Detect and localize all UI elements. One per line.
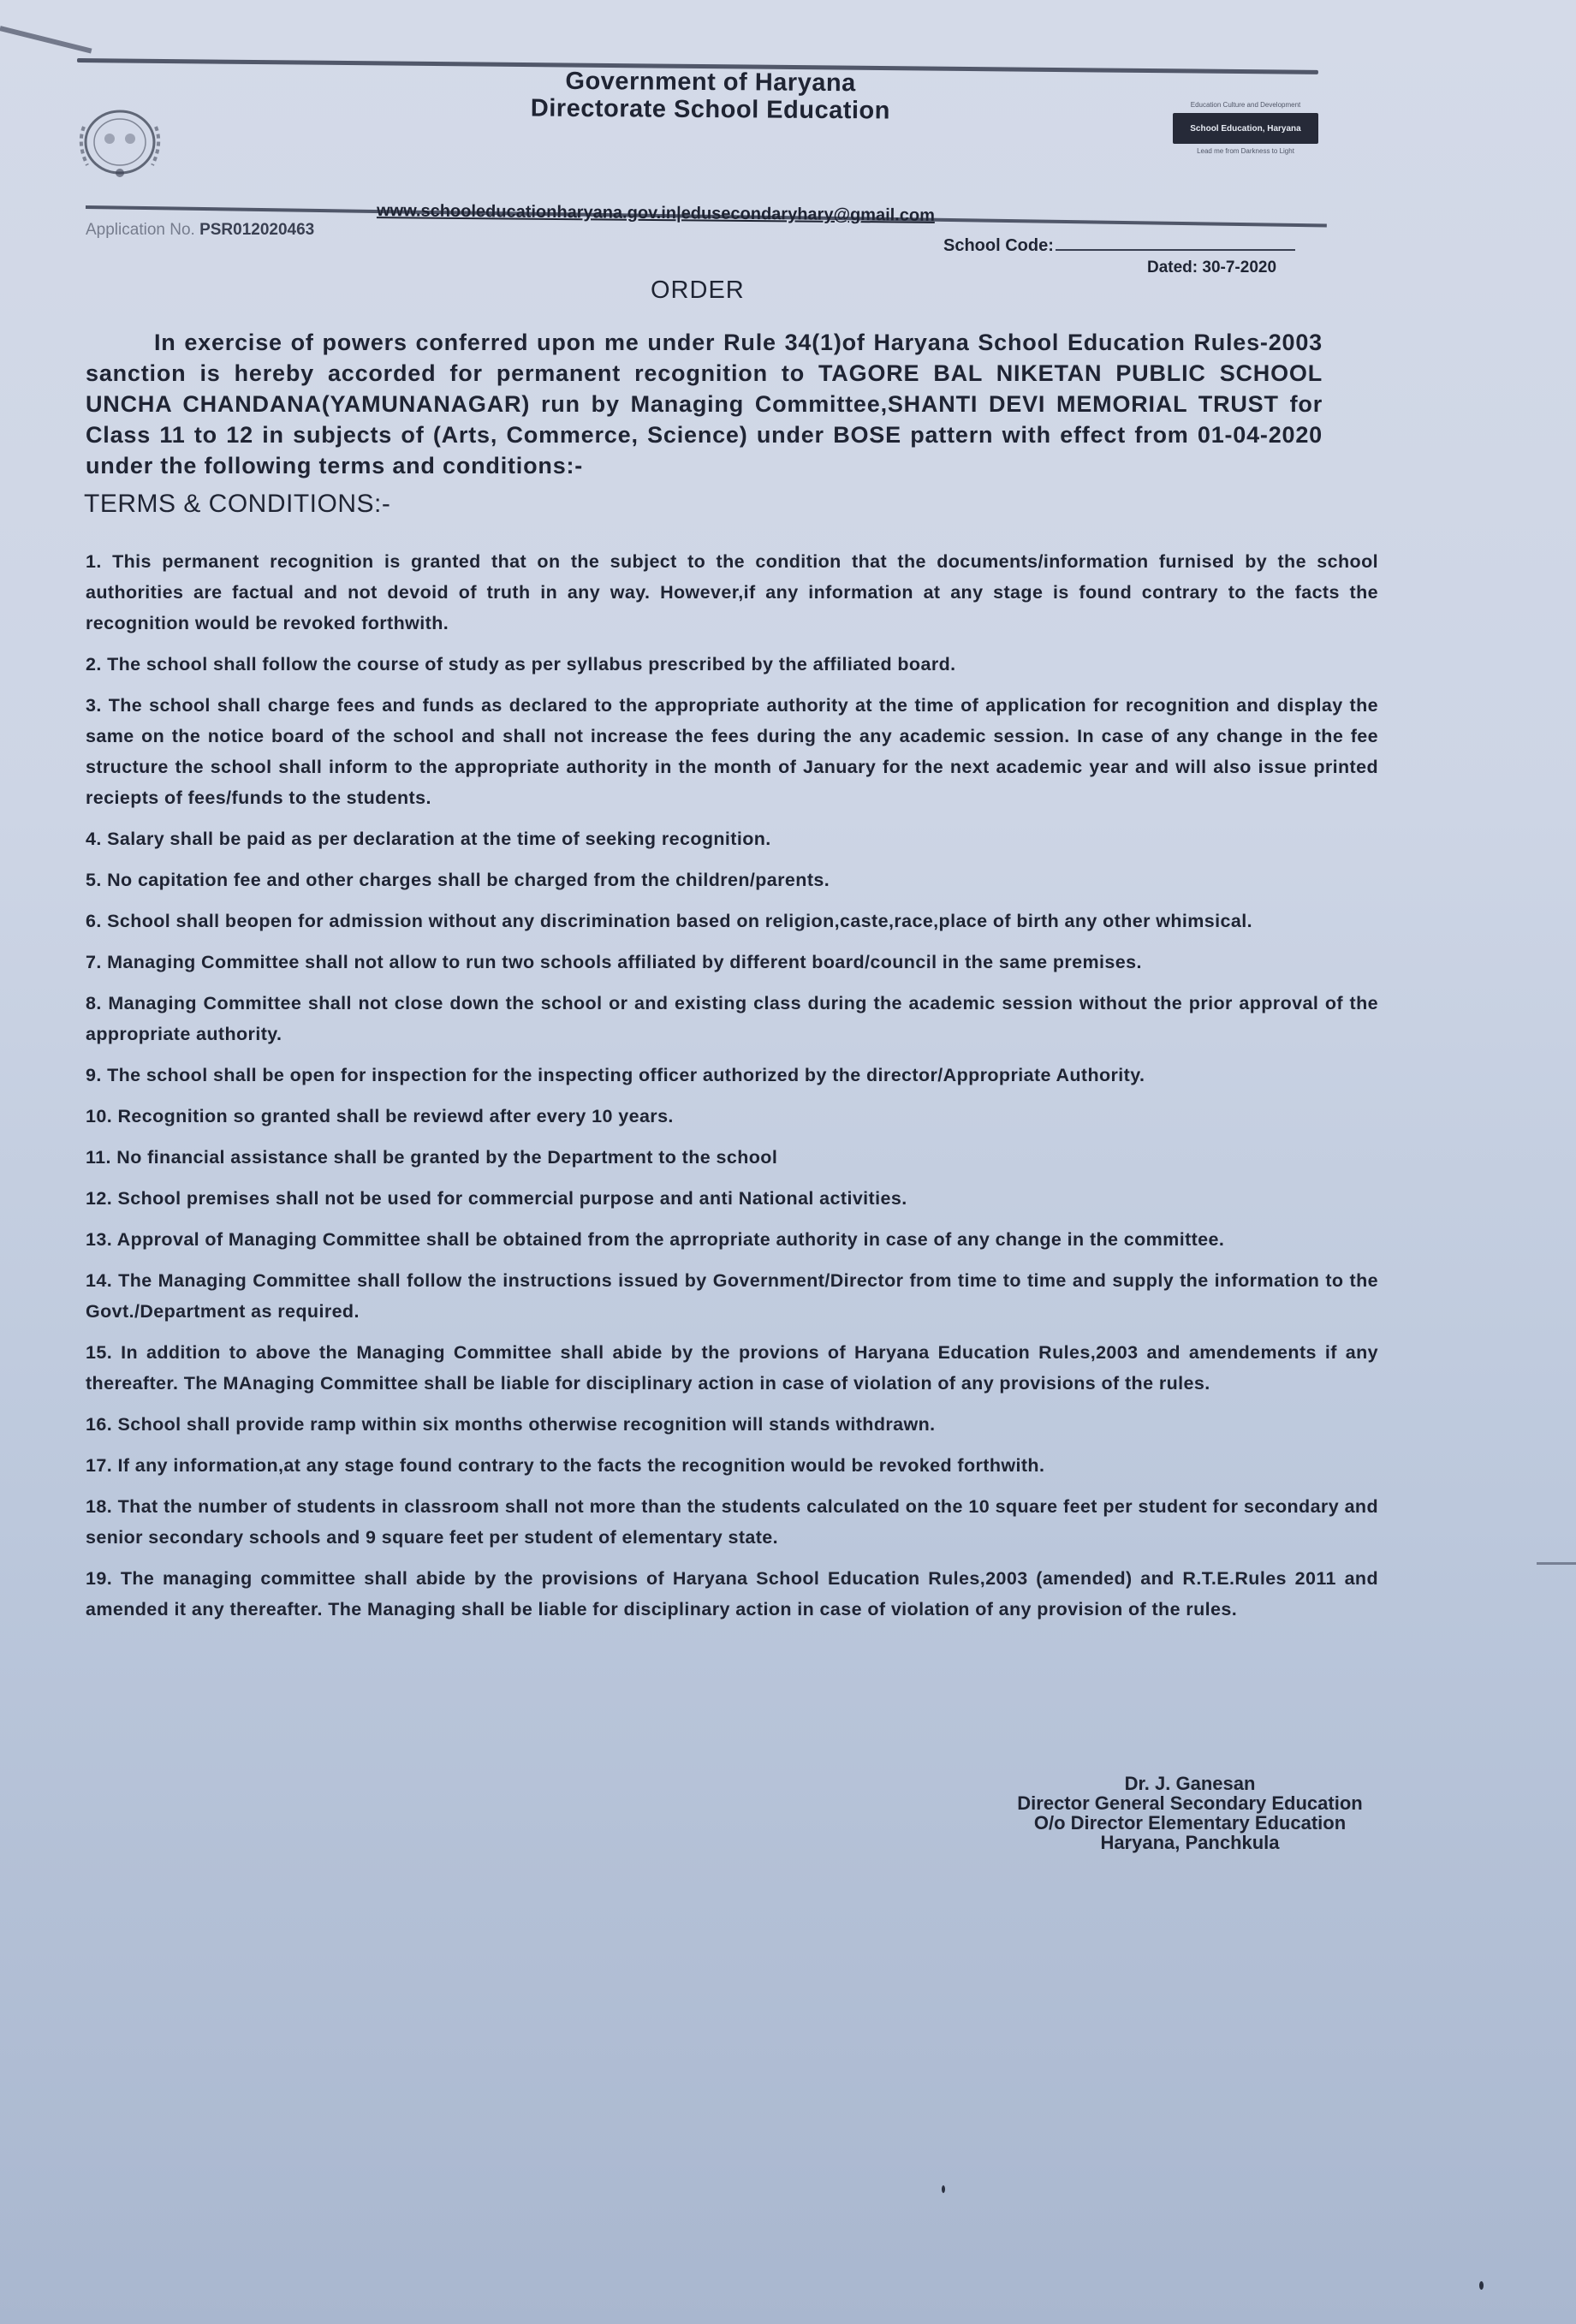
- term-number: 1.: [86, 551, 112, 572]
- logo-banner: School Education, Haryana: [1173, 113, 1318, 144]
- school-code: School Code:: [943, 236, 1295, 256]
- term-item: 12. School premises shall not be used fo…: [86, 1183, 1378, 1214]
- logo-top-text: Education Culture and Development: [1169, 101, 1323, 110]
- term-number: 10.: [86, 1106, 117, 1126]
- term-number: 3.: [86, 695, 109, 716]
- term-item: 2. The school shall follow the course of…: [86, 649, 1378, 680]
- term-item: 4. Salary shall be paid as per declarati…: [86, 823, 1378, 854]
- term-number: 11.: [86, 1147, 116, 1168]
- term-text: No capitation fee and other charges shal…: [107, 870, 830, 890]
- term-number: 16.: [86, 1414, 117, 1435]
- term-number: 5.: [86, 870, 107, 890]
- term-text: That the number of students in classroom…: [86, 1496, 1378, 1548]
- order-paragraph-text: In exercise of powers conferred upon me …: [86, 330, 1323, 478]
- term-number: 2.: [86, 654, 107, 675]
- term-text: Managing Committee shall not close down …: [86, 993, 1378, 1044]
- order-date-label: Dated:: [1147, 259, 1198, 276]
- term-text: The school shall charge fees and funds a…: [86, 695, 1378, 808]
- term-text: Approval of Managing Committee shall be …: [117, 1229, 1225, 1250]
- term-number: 9.: [86, 1065, 107, 1085]
- signatory-designation: Director General Secondary Education: [993, 1793, 1387, 1813]
- order-date: Dated: 30-7-2020: [1147, 259, 1276, 277]
- term-item: 8. Managing Committee shall not close do…: [86, 988, 1378, 1049]
- term-text: The managing committee shall abide by th…: [86, 1568, 1378, 1620]
- contact-website-email[interactable]: www.schooleducationharyana.gov.in|edusec…: [377, 201, 935, 226]
- order-paragraph: In exercise of powers conferred upon me …: [86, 327, 1323, 481]
- order-document-page: Government of Haryana Directorate School…: [0, 0, 1576, 2324]
- term-text: Salary shall be paid as per declaration …: [107, 829, 771, 849]
- signatory-office: O/o Director Elementary Education: [993, 1813, 1387, 1833]
- term-text: Managing Committee shall not allow to ru…: [107, 952, 1142, 972]
- term-text: The school shall be open for inspection …: [107, 1065, 1145, 1085]
- signatory-name: Dr. J. Ganesan: [993, 1774, 1387, 1793]
- term-number: 15.: [86, 1342, 121, 1363]
- term-number: 18.: [86, 1496, 118, 1517]
- paper-edge-mark: [1537, 1562, 1576, 1565]
- order-date-value: 30-7-2020: [1202, 259, 1276, 276]
- logo-tagline: Lead me from Darkness to Light: [1169, 147, 1323, 156]
- term-text: This permanent recognition is granted th…: [86, 551, 1378, 633]
- term-text: Recognition so granted shall be reviewd …: [117, 1106, 673, 1126]
- term-item: 7. Managing Committee shall not allow to…: [86, 947, 1378, 978]
- application-number-value: PSR012020463: [199, 221, 314, 239]
- ink-speck: [942, 2185, 945, 2193]
- term-number: 14.: [86, 1270, 118, 1291]
- term-item: 9. The school shall be open for inspecti…: [86, 1060, 1378, 1091]
- school-education-logo: Education Culture and Development School…: [1169, 101, 1323, 187]
- term-text: In addition to above the Managing Commit…: [86, 1342, 1378, 1394]
- term-item: 3. The school shall charge fees and fund…: [86, 690, 1378, 813]
- order-title: ORDER: [651, 276, 745, 305]
- term-item: 13. Approval of Managing Committee shall…: [86, 1224, 1378, 1255]
- term-item: 6. School shall beopen for admission wit…: [86, 906, 1378, 936]
- issuing-authority: Government of Haryana Directorate School…: [479, 67, 942, 125]
- school-code-blank: [1056, 249, 1295, 251]
- school-code-label: School Code:: [943, 236, 1054, 255]
- term-number: 8.: [86, 993, 108, 1013]
- term-number: 19.: [86, 1568, 121, 1589]
- term-number: 13.: [86, 1229, 117, 1250]
- term-text: The school shall follow the course of st…: [107, 654, 955, 675]
- term-text: No financial assistance shall be granted…: [116, 1147, 777, 1168]
- state-emblem-icon: [68, 101, 171, 182]
- signatory-location: Haryana, Panchkula: [993, 1833, 1387, 1852]
- government-name: Government of Haryana: [479, 67, 942, 98]
- directorate-name: Directorate School Education: [479, 94, 942, 125]
- term-item: 19. The managing committee shall abide b…: [86, 1563, 1378, 1625]
- term-text: If any information,at any stage found co…: [117, 1455, 1044, 1476]
- term-item: 15. In addition to above the Managing Co…: [86, 1337, 1378, 1399]
- term-item: 17. If any information,at any stage foun…: [86, 1450, 1378, 1481]
- term-text: School shall provide ramp within six mon…: [117, 1414, 935, 1435]
- term-item: 1. This permanent recognition is granted…: [86, 546, 1378, 639]
- term-number: 6.: [86, 911, 107, 931]
- term-text: The Managing Committee shall follow the …: [86, 1270, 1378, 1322]
- term-item: 18. That the number of students in class…: [86, 1491, 1378, 1553]
- term-text: School premises shall not be used for co…: [117, 1188, 907, 1209]
- signature-block: Dr. J. Ganesan Director General Secondar…: [993, 1774, 1387, 1852]
- application-number-label: Application No.: [86, 221, 195, 239]
- term-text: School shall beopen for admission withou…: [107, 911, 1252, 931]
- term-number: 12.: [86, 1188, 117, 1209]
- term-item: 16. School shall provide ramp within six…: [86, 1409, 1378, 1440]
- application-number: Application No. PSR012020463: [86, 221, 314, 240]
- ink-speck: [1479, 2281, 1484, 2290]
- term-item: 11. No financial assistance shall be gra…: [86, 1142, 1378, 1173]
- logo-banner-text: School Education, Haryana: [1190, 124, 1300, 134]
- term-number: 4.: [86, 829, 107, 849]
- terms-list: 1. This permanent recognition is granted…: [86, 546, 1378, 1635]
- term-number: 7.: [86, 952, 107, 972]
- term-item: 14. The Managing Committee shall follow …: [86, 1265, 1378, 1327]
- term-item: 5. No capitation fee and other charges s…: [86, 865, 1378, 895]
- term-item: 10. Recognition so granted shall be revi…: [86, 1101, 1378, 1132]
- terms-heading: TERMS & CONDITIONS:-: [84, 490, 390, 519]
- term-number: 17.: [86, 1455, 117, 1476]
- paper-fold-mark: [0, 26, 92, 53]
